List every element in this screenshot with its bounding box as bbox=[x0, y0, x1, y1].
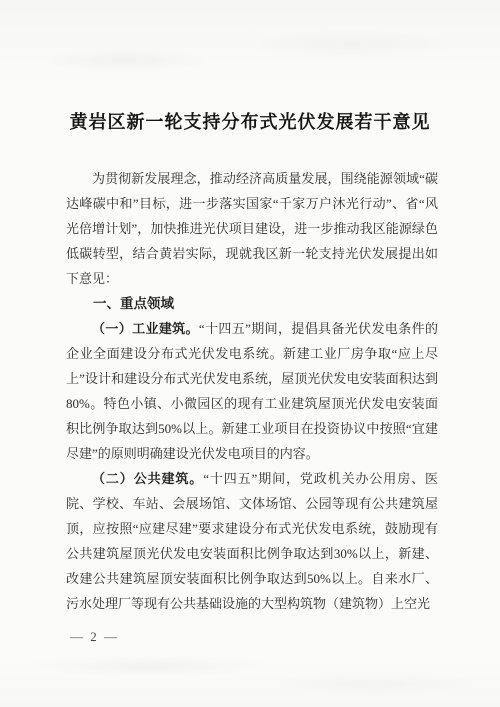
scan-artifact-bottom bbox=[0, 648, 500, 707]
scanned-document-page: 黄岩区新一轮支持分布式光伏发展若干意见 为贯彻新发展理念，推动经济高质量发展，围… bbox=[0, 0, 500, 707]
intro-paragraph: 为贯彻新发展理念，推动经济高质量发展，围绕能源领域“碳达峰碳中和”目标，进一步落… bbox=[66, 166, 438, 291]
scan-artifact-top bbox=[0, 0, 500, 110]
section-heading-key-areas: 一、重点领域 bbox=[66, 291, 438, 316]
paragraph-text: “十四五”期间，提倡具备光伏发电条件的企业全面建设分布式光伏发电系统。新建工业厂… bbox=[66, 321, 438, 461]
paragraph-lead: （二）公共建筑。 bbox=[92, 471, 203, 486]
document-title: 黄岩区新一轮支持分布式光伏发展若干意见 bbox=[0, 108, 500, 134]
paragraph-public-buildings: （二）公共建筑。“十四五”期间，党政机关办公用房、医院、学校、车站、会展场馆、文… bbox=[66, 466, 438, 616]
paragraph-text: “十四五”期间，党政机关办公用房、医院、学校、车站、会展场馆、文体场馆、公园等现… bbox=[66, 471, 438, 611]
paragraph-lead: （一）工业建筑。 bbox=[92, 321, 199, 336]
page-number: — 2 — bbox=[70, 629, 119, 645]
paragraph-industrial-buildings: （一）工业建筑。“十四五”期间，提倡具备光伏发电条件的企业全面建设分布式光伏发电… bbox=[66, 316, 438, 466]
document-body: 为贯彻新发展理念，推动经济高质量发展，围绕能源领域“碳达峰碳中和”目标，进一步落… bbox=[66, 166, 438, 616]
